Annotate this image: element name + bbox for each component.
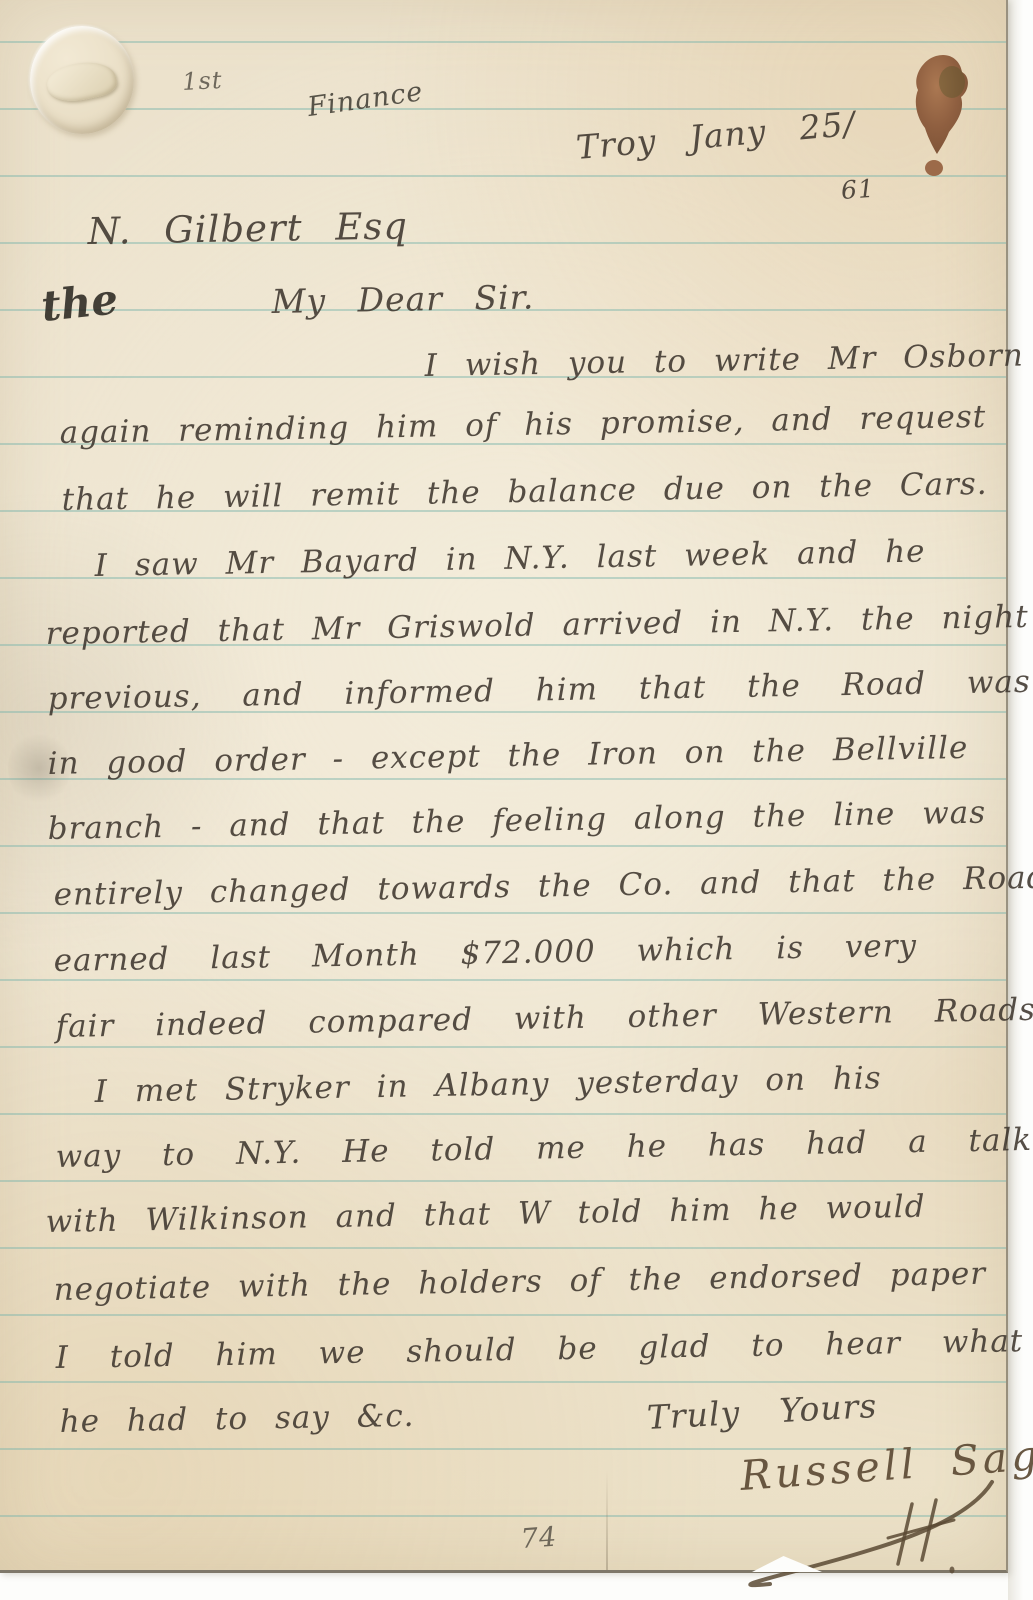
fold-crease — [606, 1470, 608, 1570]
docket-number-top: 1st — [182, 66, 224, 96]
signature-flourish — [620, 1452, 1020, 1592]
embossed-seal — [30, 26, 134, 134]
scan-background-edge — [1008, 0, 1033, 1600]
date-year: 61 — [840, 174, 876, 205]
seal-bird-icon — [44, 56, 119, 106]
salutation: My Dear Sir. — [271, 277, 534, 321]
ink-stain — [898, 50, 978, 182]
recipient-line: N. Gilbert Esq — [87, 204, 408, 253]
page-number-bottom: 74 — [520, 1522, 558, 1555]
scanned-letter: 1st Finance the 74 Troy Jany 25/ 61 N. G… — [0, 0, 1033, 1600]
body-line: he had to say &c. — [59, 1398, 414, 1440]
letter-paper: 1st Finance the 74 Troy Jany 25/ 61 N. G… — [0, 0, 1008, 1573]
margin-mark: the — [39, 274, 120, 331]
